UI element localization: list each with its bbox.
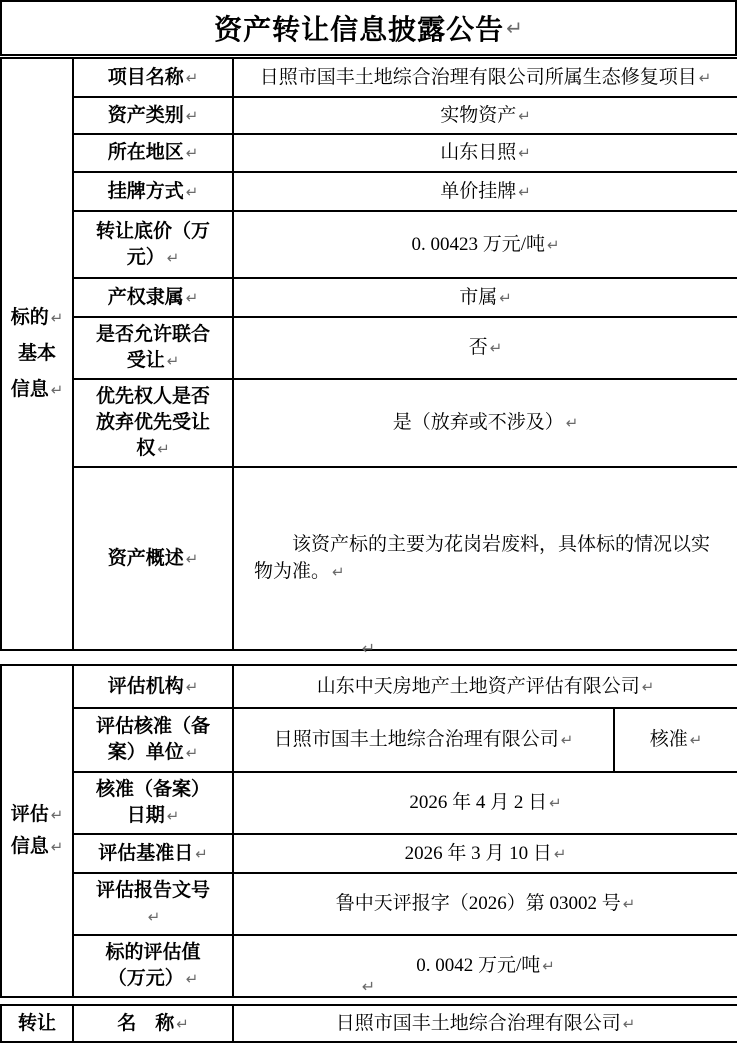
empty-paragraph: ↵ (0, 632, 737, 664)
field-label: 挂牌方式↵ (73, 172, 233, 211)
asset-description-text: 该资产标的主要为花岗岩废料，具体标的情况以实物为准。↵ (233, 467, 737, 650)
paragraph-mark-icon: ↵ (186, 107, 199, 125)
empty-paragraph: ↵ (0, 969, 737, 1004)
table-row: 资产概述↵ 该资产标的主要为花岗岩废料，具体标的情况以实物为准。↵ (1, 467, 737, 650)
paragraph-mark-icon: ↵ (186, 289, 199, 307)
field-value: 2026 年 4 月 2 日↵ (233, 772, 737, 834)
table-row: 评估报告文号↵ 鲁中天评报字（2026）第 03002 号↵ (1, 873, 737, 935)
section-line: 评估↵ (2, 799, 72, 831)
section-line: 信息↵ (2, 831, 72, 863)
paragraph-mark-icon: ↵ (167, 807, 180, 825)
field-value: 2026 年 3 月 10 日↵ (233, 834, 737, 873)
paragraph-mark-icon: ↵ (186, 183, 199, 201)
table-row: 评估核准（备案）单位↵ 日照市国丰土地综合治理有限公司↵ 核准↵ (1, 708, 737, 772)
field-value: 是（放弃或不涉及）↵ (233, 379, 737, 467)
field-value: 日照市国丰土地综合治理有限公司↵ (233, 708, 614, 772)
field-label: 评估核准（备案）单位↵ (73, 708, 233, 772)
table-row: 转让 名 称↵ 日照市国丰土地综合治理有限公司↵ (1, 1005, 737, 1042)
paragraph-mark-icon: ↵ (518, 144, 531, 162)
paragraph-mark-icon: ↵ (490, 339, 503, 357)
section-header-transferor: 转让 (1, 1005, 73, 1042)
field-label: 评估报告文号↵ (73, 873, 233, 935)
paragraph-mark-icon: ↵ (499, 289, 512, 307)
paragraph-mark-icon: ↵ (554, 845, 567, 863)
paragraph-mark-icon: ↵ (506, 16, 523, 40)
paragraph-mark-icon: ↵ (186, 678, 199, 696)
paragraph-mark-icon: ↵ (51, 838, 64, 856)
field-label: 产权隶属↵ (73, 278, 233, 317)
paragraph-mark-icon: ↵ (362, 639, 375, 658)
document-title: 资产转让信息披露公告 (214, 8, 504, 48)
paragraph-mark-icon: ↵ (51, 309, 64, 327)
evaluation-info-table: 评估↵ 信息↵ 评估机构↵ 山东中天房地产土地资产评估有限公司↵ 评估核准（备案… (0, 664, 737, 998)
table-row: 评估基准日↵ 2026 年 3 月 10 日↵ (1, 834, 737, 873)
document-page: 资产转让信息披露公告↵ 标的↵ 基本 信息↵ 项目名称↵ 日照市国丰土地综合治理… (0, 0, 737, 1047)
paragraph-mark-icon: ↵ (518, 107, 531, 125)
paragraph-mark-icon: ↵ (51, 381, 64, 399)
paragraph-mark-icon: ↵ (549, 794, 562, 812)
field-label: 资产类别↵ (73, 97, 233, 134)
field-value: 0. 00423 万元/吨↵ (233, 211, 737, 278)
paragraph-mark-icon: ↵ (167, 352, 180, 370)
table-row: 标的↵ 基本 信息↵ 项目名称↵ 日照市国丰土地综合治理有限公司所属生态修复项目… (1, 58, 737, 97)
paragraph-mark-icon: ↵ (547, 236, 560, 254)
paragraph-mark-icon: ↵ (195, 845, 208, 863)
table-row: 转让底价（万元）↵ 0. 00423 万元/吨↵ (1, 211, 737, 278)
field-label: 是否允许联合受让↵ (73, 317, 233, 379)
document-title-box: 资产转让信息披露公告↵ (0, 0, 737, 56)
table-row: 挂牌方式↵ 单价挂牌↵ (1, 172, 737, 211)
paragraph-mark-icon: ↵ (186, 144, 199, 162)
section-header-basic-info: 标的↵ 基本 信息↵ (1, 58, 73, 650)
field-value: 山东中天房地产土地资产评估有限公司↵ (233, 665, 737, 708)
paragraph-mark-icon: ↵ (623, 1015, 636, 1033)
paragraph-mark-icon: ↵ (642, 678, 655, 696)
field-label: 评估基准日↵ (73, 834, 233, 873)
basic-info-table: 标的↵ 基本 信息↵ 项目名称↵ 日照市国丰土地综合治理有限公司所属生态修复项目… (0, 57, 737, 651)
field-label: 评估机构↵ (73, 665, 233, 708)
field-value: 市属↵ (233, 278, 737, 317)
paragraph-mark-icon: ↵ (690, 731, 703, 749)
field-value: 实物资产↵ (233, 97, 737, 134)
field-label: 优先权人是否放弃优先受让权↵ (73, 379, 233, 467)
field-value: 日照市国丰土地综合治理有限公司↵ (233, 1005, 737, 1042)
paragraph-mark-icon: ↵ (186, 69, 199, 87)
field-value: 山东日照↵ (233, 134, 737, 172)
table-row: 资产类别↵ 实物资产↵ (1, 97, 737, 134)
paragraph-mark-icon: ↵ (51, 806, 64, 824)
paragraph-mark-icon: ↵ (561, 731, 574, 749)
paragraph-mark-icon: ↵ (148, 908, 161, 926)
paragraph-mark-icon: ↵ (566, 414, 579, 432)
field-label: 所在地区↵ (73, 134, 233, 172)
section-line: 基本 (2, 336, 72, 372)
paragraph-mark-icon: ↵ (186, 550, 199, 568)
paragraph-mark-icon: ↵ (157, 440, 170, 458)
field-value: 单价挂牌↵ (233, 172, 737, 211)
paragraph-mark-icon: ↵ (186, 744, 199, 762)
paragraph-mark-icon: ↵ (167, 249, 180, 267)
table-row: 是否允许联合受让↵ 否↵ (1, 317, 737, 379)
section-line: 信息↵ (2, 372, 72, 408)
approval-type-value: 核准↵ (614, 708, 737, 772)
section-header-eval-info: 评估↵ 信息↵ (1, 665, 73, 997)
table-row: 评估↵ 信息↵ 评估机构↵ 山东中天房地产土地资产评估有限公司↵ (1, 665, 737, 708)
paragraph-mark-icon: ↵ (332, 563, 345, 581)
paragraph-mark-icon: ↵ (362, 977, 375, 996)
paragraph-mark-icon: ↵ (699, 69, 712, 87)
field-label: 项目名称↵ (73, 58, 233, 97)
table-row: 优先权人是否放弃优先受让权↵ 是（放弃或不涉及）↵ (1, 379, 737, 467)
paragraph-mark-icon: ↵ (518, 183, 531, 201)
field-value: 鲁中天评报字（2026）第 03002 号↵ (233, 873, 737, 935)
field-label: 核准（备案）日期↵ (73, 772, 233, 834)
table-row: 产权隶属↵ 市属↵ (1, 278, 737, 317)
field-value: 日照市国丰土地综合治理有限公司所属生态修复项目↵ (233, 58, 737, 97)
table-row: 核准（备案）日期↵ 2026 年 4 月 2 日↵ (1, 772, 737, 834)
table-row: 所在地区↵ 山东日照↵ (1, 134, 737, 172)
transferor-info-table: 转让 名 称↵ 日照市国丰土地综合治理有限公司↵ (0, 1004, 737, 1043)
field-label: 转让底价（万元）↵ (73, 211, 233, 278)
field-label: 名 称↵ (73, 1005, 233, 1042)
paragraph-mark-icon: ↵ (623, 895, 636, 913)
paragraph-mark-icon: ↵ (176, 1015, 189, 1033)
field-label: 资产概述↵ (73, 467, 233, 650)
section-line: 标的↵ (2, 300, 72, 336)
field-value: 否↵ (233, 317, 737, 379)
